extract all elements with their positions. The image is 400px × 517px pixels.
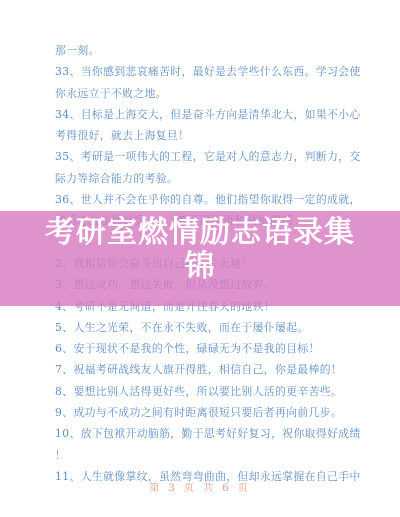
quote-line: 6、安于现状不是我的个性，碌碌无为不是我的目标！ [55,338,355,359]
text-line: 36、世人并不会在乎你的自尊。他们指望你取得一定的成就， [55,189,355,210]
quote-line: 8、要想比别人活得更好些，所以要比别人活的更辛苦些。 [55,381,355,402]
overlay-title: 考研室燃情励志语录集 锦 [0,216,400,284]
quote-line: 10、放下包袱开动脑筋，勤于思考好好复习，祝你取得好成绩 [55,423,355,444]
quote-line: ！ [55,445,355,466]
text-line: 你永远立于不败之地。 [55,83,355,104]
overlay-title-line1: 考研室燃情励志语录集 [0,216,400,250]
text-line: 33、当你感到悲哀痛苦时，最好是去学些什么东西。学习会使 [55,61,355,82]
document-page: 那一刻。 33、当你感到悲哀痛苦时，最好是去学些什么东西。学习会使 你永远立于不… [0,0,400,517]
quote-line: 7、祝福考研战线友人旗开得胜，相信自己，你是最棒的！ [55,359,355,380]
text-line: 考得很好，就去上海复旦！ [55,125,355,146]
text-line: 35、考研是一项伟大的工程，它是对人的意志力，判断力，交 [55,146,355,167]
overlay-title-line2: 锦 [0,250,400,284]
text-line: 34、目标是上海交大，但是奋斗方向是清华北大，如果不小心 [55,104,355,125]
text-line: 那一刻。 [55,40,355,61]
page-number-footer: 第 3 页 共 6 页 [0,479,400,494]
quote-line: 9、成功与不成功之间有时距离很短只要后者再向前几步。 [55,402,355,423]
quote-line: 5、人生之光荣，不在永不失败，而在于屡仆屡起。 [55,317,355,338]
text-line: 际力等综合能力的考验。 [55,168,355,189]
